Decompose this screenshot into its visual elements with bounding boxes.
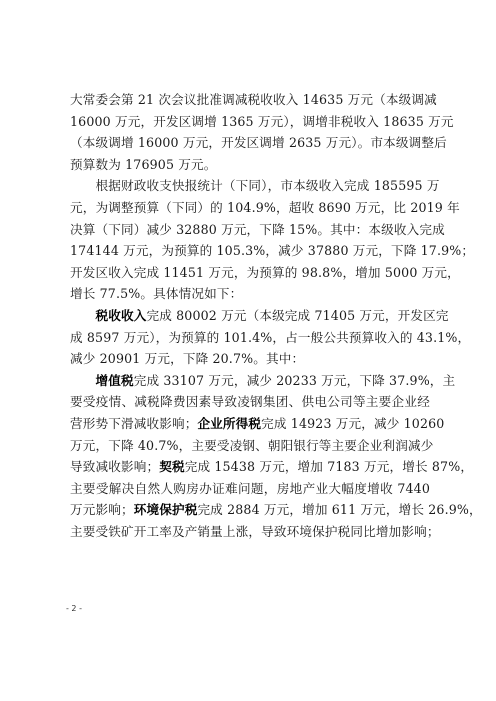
text-line: 税收收入完成 80002 万元（本级完成 71405 万元，开发区完 — [70, 305, 430, 327]
text-segment — [70, 308, 96, 323]
text-segment: 16000 万元，开发区调增 1365 万元），调增非税收入 18635 万元 — [70, 114, 454, 129]
text-segment: 主要受铁矿开工率及产销量上涨，导致环境保护税同比增加影响； — [70, 524, 440, 539]
text-segment: 预算数为 176905 万元。 — [70, 157, 217, 172]
text-line: 增长 77.5%。具体情况如下： — [70, 283, 430, 305]
text-line: 万元，下降 40.7%，主要受凌钢、朝阳银行等主要企业利润减少 — [70, 435, 430, 457]
text-segment: 增长 77.5%。具体情况如下： — [70, 286, 242, 301]
bold-term: 契税 — [159, 459, 185, 474]
text-segment: 万元，下降 40.7%，主要受凌钢、朝阳银行等主要企业利润减少 — [70, 438, 434, 453]
text-line: 万元影响；环境保护税完成 2884 万元，增加 611 万元，增长 26.9%， — [70, 499, 430, 521]
bold-term: 增值税 — [96, 373, 134, 388]
text-segment: 减少 20901 万元，下降 20.7%。其中： — [70, 351, 304, 366]
bold-term: 税收收入 — [96, 308, 147, 323]
text-segment: 万元影响； — [70, 502, 134, 517]
text-line: 16000 万元，开发区调增 1365 万元），调增非税收入 18635 万元 — [70, 111, 430, 133]
text-line: 根据财政收支快报统计（下同），市本级收入完成 185595 万 — [70, 175, 430, 197]
text-segment: 完成 14923 万元，减少 10260 — [261, 416, 444, 431]
text-segment: 完成 80002 万元（本级完成 71405 万元，开发区完 — [146, 308, 448, 323]
text-segment: 根据财政收支快报统计（下同），市本级收入完成 185595 万 — [70, 178, 440, 193]
text-segment: 要受疫情、减税降费因素导致凌钢集团、供电公司等主要企业经 — [70, 394, 430, 409]
text-line: 增值税完成 33107 万元，减少 20233 万元，下降 37.9%，主 — [70, 370, 430, 392]
text-line: 营形势下滑减收影响；企业所得税完成 14923 万元，减少 10260 — [70, 413, 430, 435]
text-line: 大常委会第 21 次会议批准调减税收收入 14635 万元（本级调减 — [70, 89, 430, 111]
text-segment: 完成 33107 万元，减少 20233 万元，下降 37.9%，主 — [134, 373, 456, 388]
text-segment: 完成 15438 万元，增加 7183 万元，增长 87%， — [185, 459, 473, 474]
text-line: 减少 20901 万元，下降 20.7%。其中： — [70, 348, 430, 370]
text-line: 主要受解决自然人购房办证难问题，房地产业大幅度增收 7440 — [70, 478, 430, 500]
text-line: 开发区收入完成 11451 万元，为预算的 98.8%，增加 5000 万元， — [70, 262, 430, 284]
text-segment: （本级调增 16000 万元，开发区调增 2635 万元）。市本级调整后 — [70, 135, 447, 150]
text-segment: 174144 万元，为预算的 105.3%，减少 37880 万元，下降 17.… — [70, 243, 474, 258]
text-line: 导致减收影响；契税完成 15438 万元，增加 7183 万元，增长 87%， — [70, 456, 430, 478]
text-segment: 主要受解决自然人购房办证难问题，房地产业大幅度增收 7440 — [70, 481, 430, 496]
body-text: 大常委会第 21 次会议批准调减税收收入 14635 万元（本级调减16000 … — [70, 89, 430, 542]
document-page: 大常委会第 21 次会议批准调减税收收入 14635 万元（本级调减16000 … — [0, 0, 496, 701]
text-segment: 完成 2884 万元，增加 611 万元，增长 26.9%， — [197, 502, 481, 517]
text-segment: 大常委会第 21 次会议批准调减税收收入 14635 万元（本级调减 — [70, 92, 437, 107]
text-line: 决算（下同）减少 32880 万元，下降 15%。其中：本级收入完成 — [70, 219, 430, 241]
text-segment: 成 8597 万元），为预算的 101.4%，占一般公共预算收入的 43.1%， — [70, 330, 470, 345]
text-line: 174144 万元，为预算的 105.3%，减少 37880 万元，下降 17.… — [70, 240, 430, 262]
text-segment — [70, 373, 96, 388]
text-line: 预算数为 176905 万元。 — [70, 154, 430, 176]
bold-term: 环境保护税 — [134, 502, 198, 517]
text-segment: 导致减收影响； — [70, 459, 159, 474]
text-line: （本级调增 16000 万元，开发区调增 2635 万元）。市本级调整后 — [70, 132, 430, 154]
text-segment: 营形势下滑减收影响； — [70, 416, 197, 431]
text-line: 元，为调整预算（下同）的 104.9%，超收 8690 万元，比 2019 年 — [70, 197, 430, 219]
text-line: 成 8597 万元），为预算的 101.4%，占一般公共预算收入的 43.1%， — [70, 327, 430, 349]
bold-term: 企业所得税 — [197, 416, 261, 431]
text-segment: 决算（下同）减少 32880 万元，下降 15%。其中：本级收入完成 — [70, 222, 445, 237]
text-line: 主要受铁矿开工率及产销量上涨，导致环境保护税同比增加影响； — [70, 521, 430, 543]
text-segment: 元，为调整预算（下同）的 104.9%，超收 8690 万元，比 2019 年 — [70, 200, 460, 215]
text-segment: 开发区收入完成 11451 万元，为预算的 98.8%，增加 5000 万元， — [70, 265, 460, 280]
page-number: - 2 - — [66, 604, 82, 613]
text-line: 要受疫情、减税降费因素导致凌钢集团、供电公司等主要企业经 — [70, 391, 430, 413]
